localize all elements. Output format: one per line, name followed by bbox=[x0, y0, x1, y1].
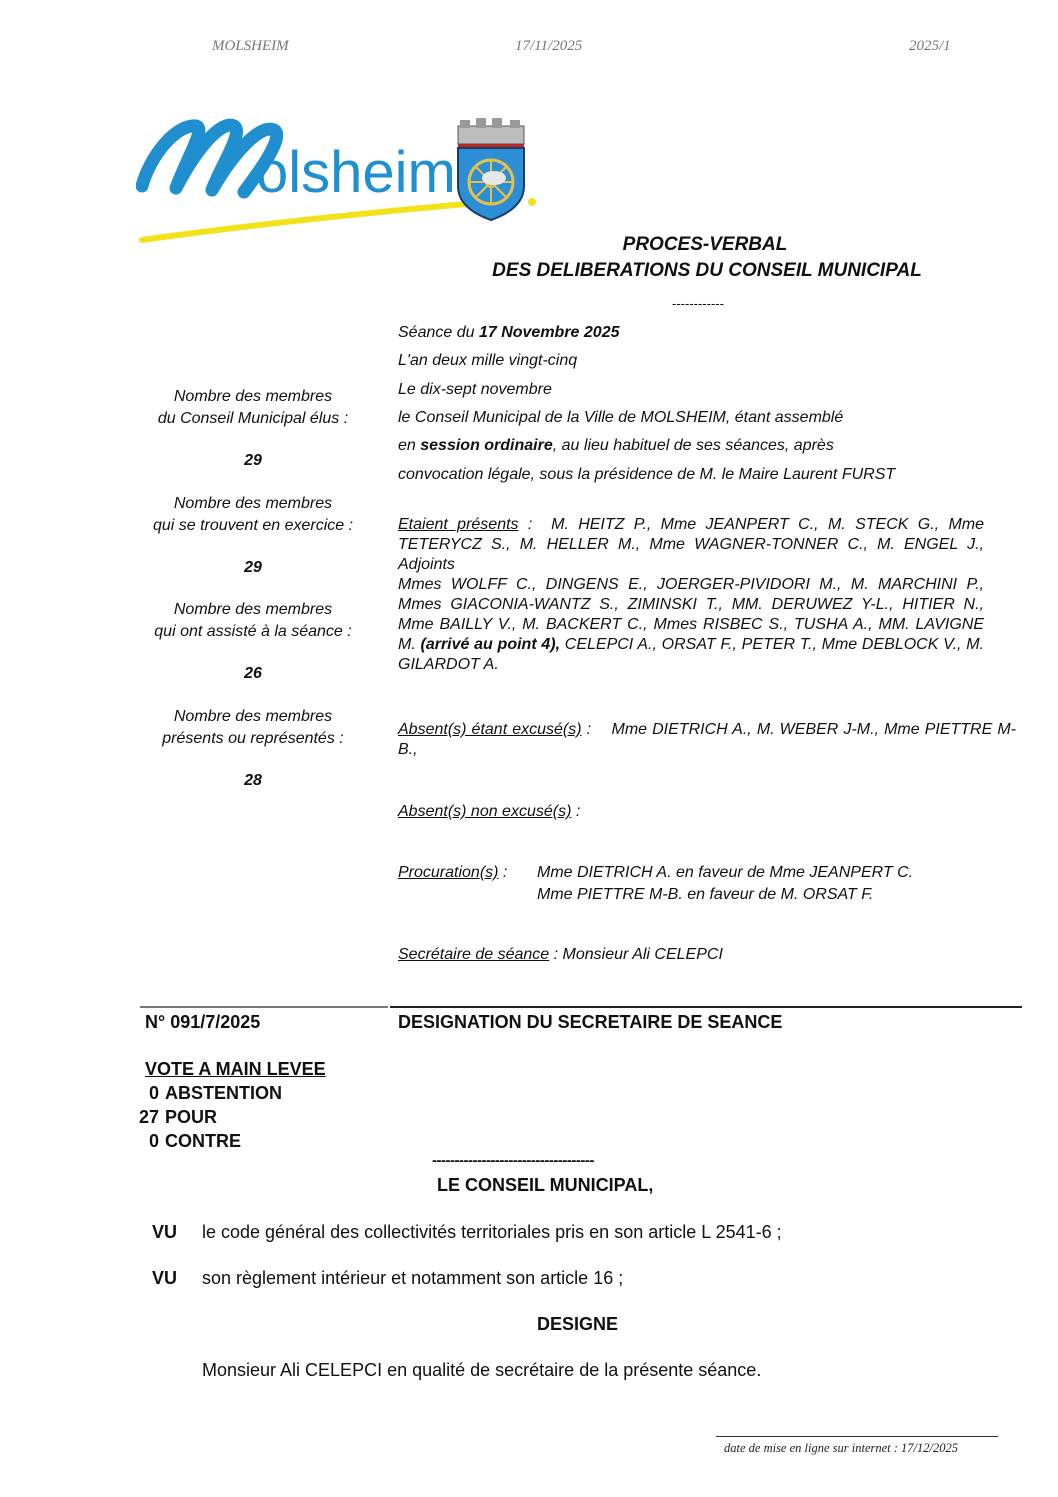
members-represented-block: Nombre des membres présents ou représent… bbox=[140, 706, 366, 792]
vote-against: 0CONTRE bbox=[133, 1129, 326, 1153]
excused-absences: Absent(s) étant excusé(s) : Mme DIETRICH… bbox=[398, 720, 1016, 760]
members-attended-block: Nombre des membres qui ont assisté à la … bbox=[140, 599, 366, 685]
coat-of-arms-icon bbox=[458, 118, 524, 220]
intro-session-line: en session ordinaire, au lieu habituel d… bbox=[398, 437, 834, 455]
vote-count: 0 bbox=[133, 1129, 159, 1153]
proxies-label: Procuration(s) bbox=[398, 864, 498, 881]
intro-assembly-line: le Conseil Municipal de la Ville de MOLS… bbox=[398, 409, 843, 427]
council-separator: ------------------------------------ bbox=[432, 1152, 594, 1169]
vote-label: POUR bbox=[165, 1107, 217, 1127]
vote-block: VOTE A MAIN LEVEE 0ABSTENTION 27POUR 0CO… bbox=[145, 1057, 326, 1153]
members-label-line1: Nombre des membres bbox=[140, 599, 366, 621]
present-label: Etaient présents bbox=[398, 516, 519, 533]
council-heading: LE CONSEIL MUNICIPAL, bbox=[437, 1175, 653, 1196]
decision-text: Monsieur Ali CELEPCI en qualité de secré… bbox=[202, 1360, 761, 1381]
footer-rule bbox=[716, 1436, 998, 1437]
proxy-item: Mme PIETTRE M-B. en faveur de M. ORSAT F… bbox=[537, 885, 873, 905]
deliberation-number: N° 091/7/2025 bbox=[145, 1012, 260, 1033]
members-label-line1: Nombre des membres bbox=[140, 706, 366, 728]
members-label-line1: Nombre des membres bbox=[140, 493, 366, 515]
secretary-label: Secrétaire de séance bbox=[398, 946, 549, 963]
document-title-line1: PROCES-VERBAL bbox=[390, 231, 1020, 259]
intro-day-line: Le dix-sept novembre bbox=[398, 381, 552, 399]
vu-text: son règlement intérieur et notamment son… bbox=[202, 1268, 623, 1289]
proxy-item: Mme DIETRICH A. en faveur de Mme JEANPER… bbox=[537, 863, 913, 883]
logo-wordmark: olsheim bbox=[256, 140, 456, 205]
members-in-office-block: Nombre des membres qui se trouvent en ex… bbox=[140, 493, 366, 579]
vu-marker: VU bbox=[152, 1222, 177, 1242]
secretary-name: : Monsieur Ali CELEPCI bbox=[549, 946, 723, 963]
secretary-line: Secrétaire de séance : Monsieur Ali CELE… bbox=[398, 945, 723, 965]
running-header-town: MOLSHEIM bbox=[212, 38, 289, 55]
deliberation-title: DESIGNATION DU SECRETAIRE DE SEANCE bbox=[398, 1012, 782, 1033]
running-header-date: 17/11/2025 bbox=[515, 38, 582, 55]
seance-date: 17 Novembre 2025 bbox=[479, 324, 620, 341]
intro-year-line: L'an deux mille vingt-cinq bbox=[398, 352, 577, 370]
vote-abstention: 0ABSTENTION bbox=[133, 1081, 326, 1105]
members-label-line2: qui se trouvent en exercice : bbox=[140, 515, 366, 537]
section-divider-left bbox=[140, 1006, 388, 1008]
title-separator: ------------ bbox=[672, 296, 724, 311]
members-elected-count: 29 bbox=[140, 450, 366, 472]
excused-label: Absent(s) étant excusé(s) bbox=[398, 721, 582, 738]
members-label-line2: du Conseil Municipal élus : bbox=[140, 408, 366, 430]
proxies-label-line: Procuration(s) : bbox=[398, 863, 507, 883]
vote-count: 0 bbox=[133, 1081, 159, 1105]
vote-label: CONTRE bbox=[165, 1131, 241, 1151]
unexcused-absences: Absent(s) non excusé(s) : bbox=[398, 802, 580, 822]
vote-for: 27POUR bbox=[133, 1105, 326, 1129]
vu-text: le code général des collectivités territ… bbox=[202, 1222, 782, 1243]
molsheim-logo: olsheim bbox=[136, 116, 546, 248]
session-suffix: , au lieu habituel de ses séances, après bbox=[553, 437, 834, 454]
members-in-office-count: 29 bbox=[140, 557, 366, 579]
vote-count: 27 bbox=[133, 1105, 159, 1129]
session-type: session ordinaire bbox=[420, 437, 553, 454]
vu-marker: VU bbox=[152, 1268, 177, 1288]
late-arrival-note: (arrivé au point 4), bbox=[421, 636, 561, 653]
seance-prefix: Séance du bbox=[398, 324, 479, 341]
unexcused-label: Absent(s) non excusé(s) bbox=[398, 803, 571, 820]
vote-heading: VOTE A MAIN LEVEE bbox=[145, 1057, 326, 1081]
members-represented-count: 28 bbox=[140, 770, 366, 792]
members-elected-block: Nombre des membres du Conseil Municipal … bbox=[140, 386, 366, 472]
session-prefix: en bbox=[398, 437, 420, 454]
vote-label: ABSTENTION bbox=[165, 1083, 282, 1103]
vu-item: VU bbox=[152, 1268, 177, 1289]
vu-item: VU bbox=[152, 1222, 177, 1243]
members-label-line2: présents ou représentés : bbox=[140, 728, 366, 750]
decision-heading: DESIGNE bbox=[537, 1314, 618, 1335]
section-divider-right bbox=[390, 1006, 1022, 1008]
members-attended-count: 26 bbox=[140, 663, 366, 685]
members-label-line2: qui ont assisté à la séance : bbox=[140, 621, 366, 643]
running-header-page-ref: 2025/1 bbox=[909, 38, 951, 55]
seance-date-line: Séance du 17 Novembre 2025 bbox=[398, 324, 619, 342]
document-title-line2: DES DELIBERATIONS DU CONSEIL MUNICIPAL bbox=[402, 257, 1012, 285]
online-date-note: date de mise en ligne sur internet : 17/… bbox=[724, 1441, 958, 1456]
present-members: Etaient présents : M. HEITZ P., Mme JEAN… bbox=[398, 515, 984, 675]
members-label-line1: Nombre des membres bbox=[140, 386, 366, 408]
intro-convocation-line: convocation légale, sous la présidence d… bbox=[398, 466, 895, 484]
